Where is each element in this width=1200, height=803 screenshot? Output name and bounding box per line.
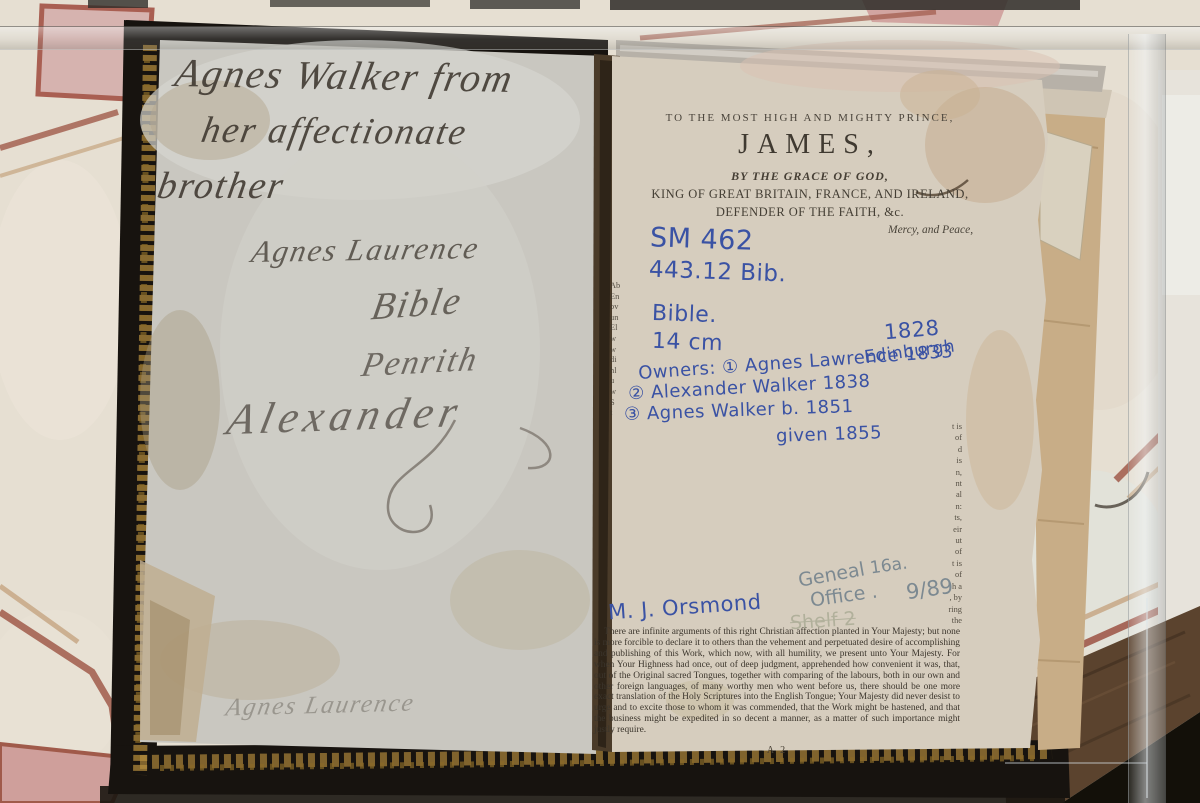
signature-mark: A 2 xyxy=(594,745,960,756)
card-shelfmark: SM 462 xyxy=(649,222,754,257)
card-title: Bible. xyxy=(652,301,718,328)
gift-inscription-line-2: her affectionate xyxy=(198,109,471,154)
acrylic-corner-seam-horizontal xyxy=(1005,762,1147,764)
gift-inscription-line-1: Agnes Walker from xyxy=(171,49,518,102)
card-given-note: given 1855 xyxy=(776,422,883,447)
acrylic-box-top-edge xyxy=(0,26,1200,50)
photograph-of-old-bible: Agnes Walker from her affectionate broth… xyxy=(0,0,1200,803)
dedication-subtitle-1: BY THE GRACE OF GOD, xyxy=(600,169,1020,184)
dedication-title-james: JAMES, xyxy=(600,129,1020,161)
gift-inscription-line-3: brother xyxy=(154,164,288,208)
dedication-subtitle-2: KING OF GREAT BRITAIN, FRANCE, AND IRELA… xyxy=(600,187,1020,202)
dedication-header-line: TO THE MOST HIGH AND MIGHTY PRINCE, xyxy=(600,112,1020,124)
pencil-struck-shelf: Shelf 2 xyxy=(789,608,856,635)
signature-bible: Bible xyxy=(368,279,466,330)
card-size: 14 cm xyxy=(652,329,724,356)
left-margin-fragments: Ab En ov un El w w di hl u w S t xyxy=(610,281,630,419)
signature-agnes-laurence: Agnes Laurence xyxy=(249,230,483,270)
card-classmark: 443.12 Bib. xyxy=(649,257,787,288)
faint-signature-bottom: Agnes Laurence xyxy=(223,689,417,722)
partial-printed-line: Mercy, and Peace, xyxy=(888,224,973,236)
acrylic-corner-seam-vertical xyxy=(1146,598,1148,798)
dedication-paragraph: There are infinite arguments of this rig… xyxy=(594,627,960,736)
signature-alexander: Alexander xyxy=(223,386,469,446)
dedication-subtitle-3: DEFENDER OF THE FAITH, &c. xyxy=(600,205,1020,220)
signature-penrith: Penrith xyxy=(358,341,481,386)
